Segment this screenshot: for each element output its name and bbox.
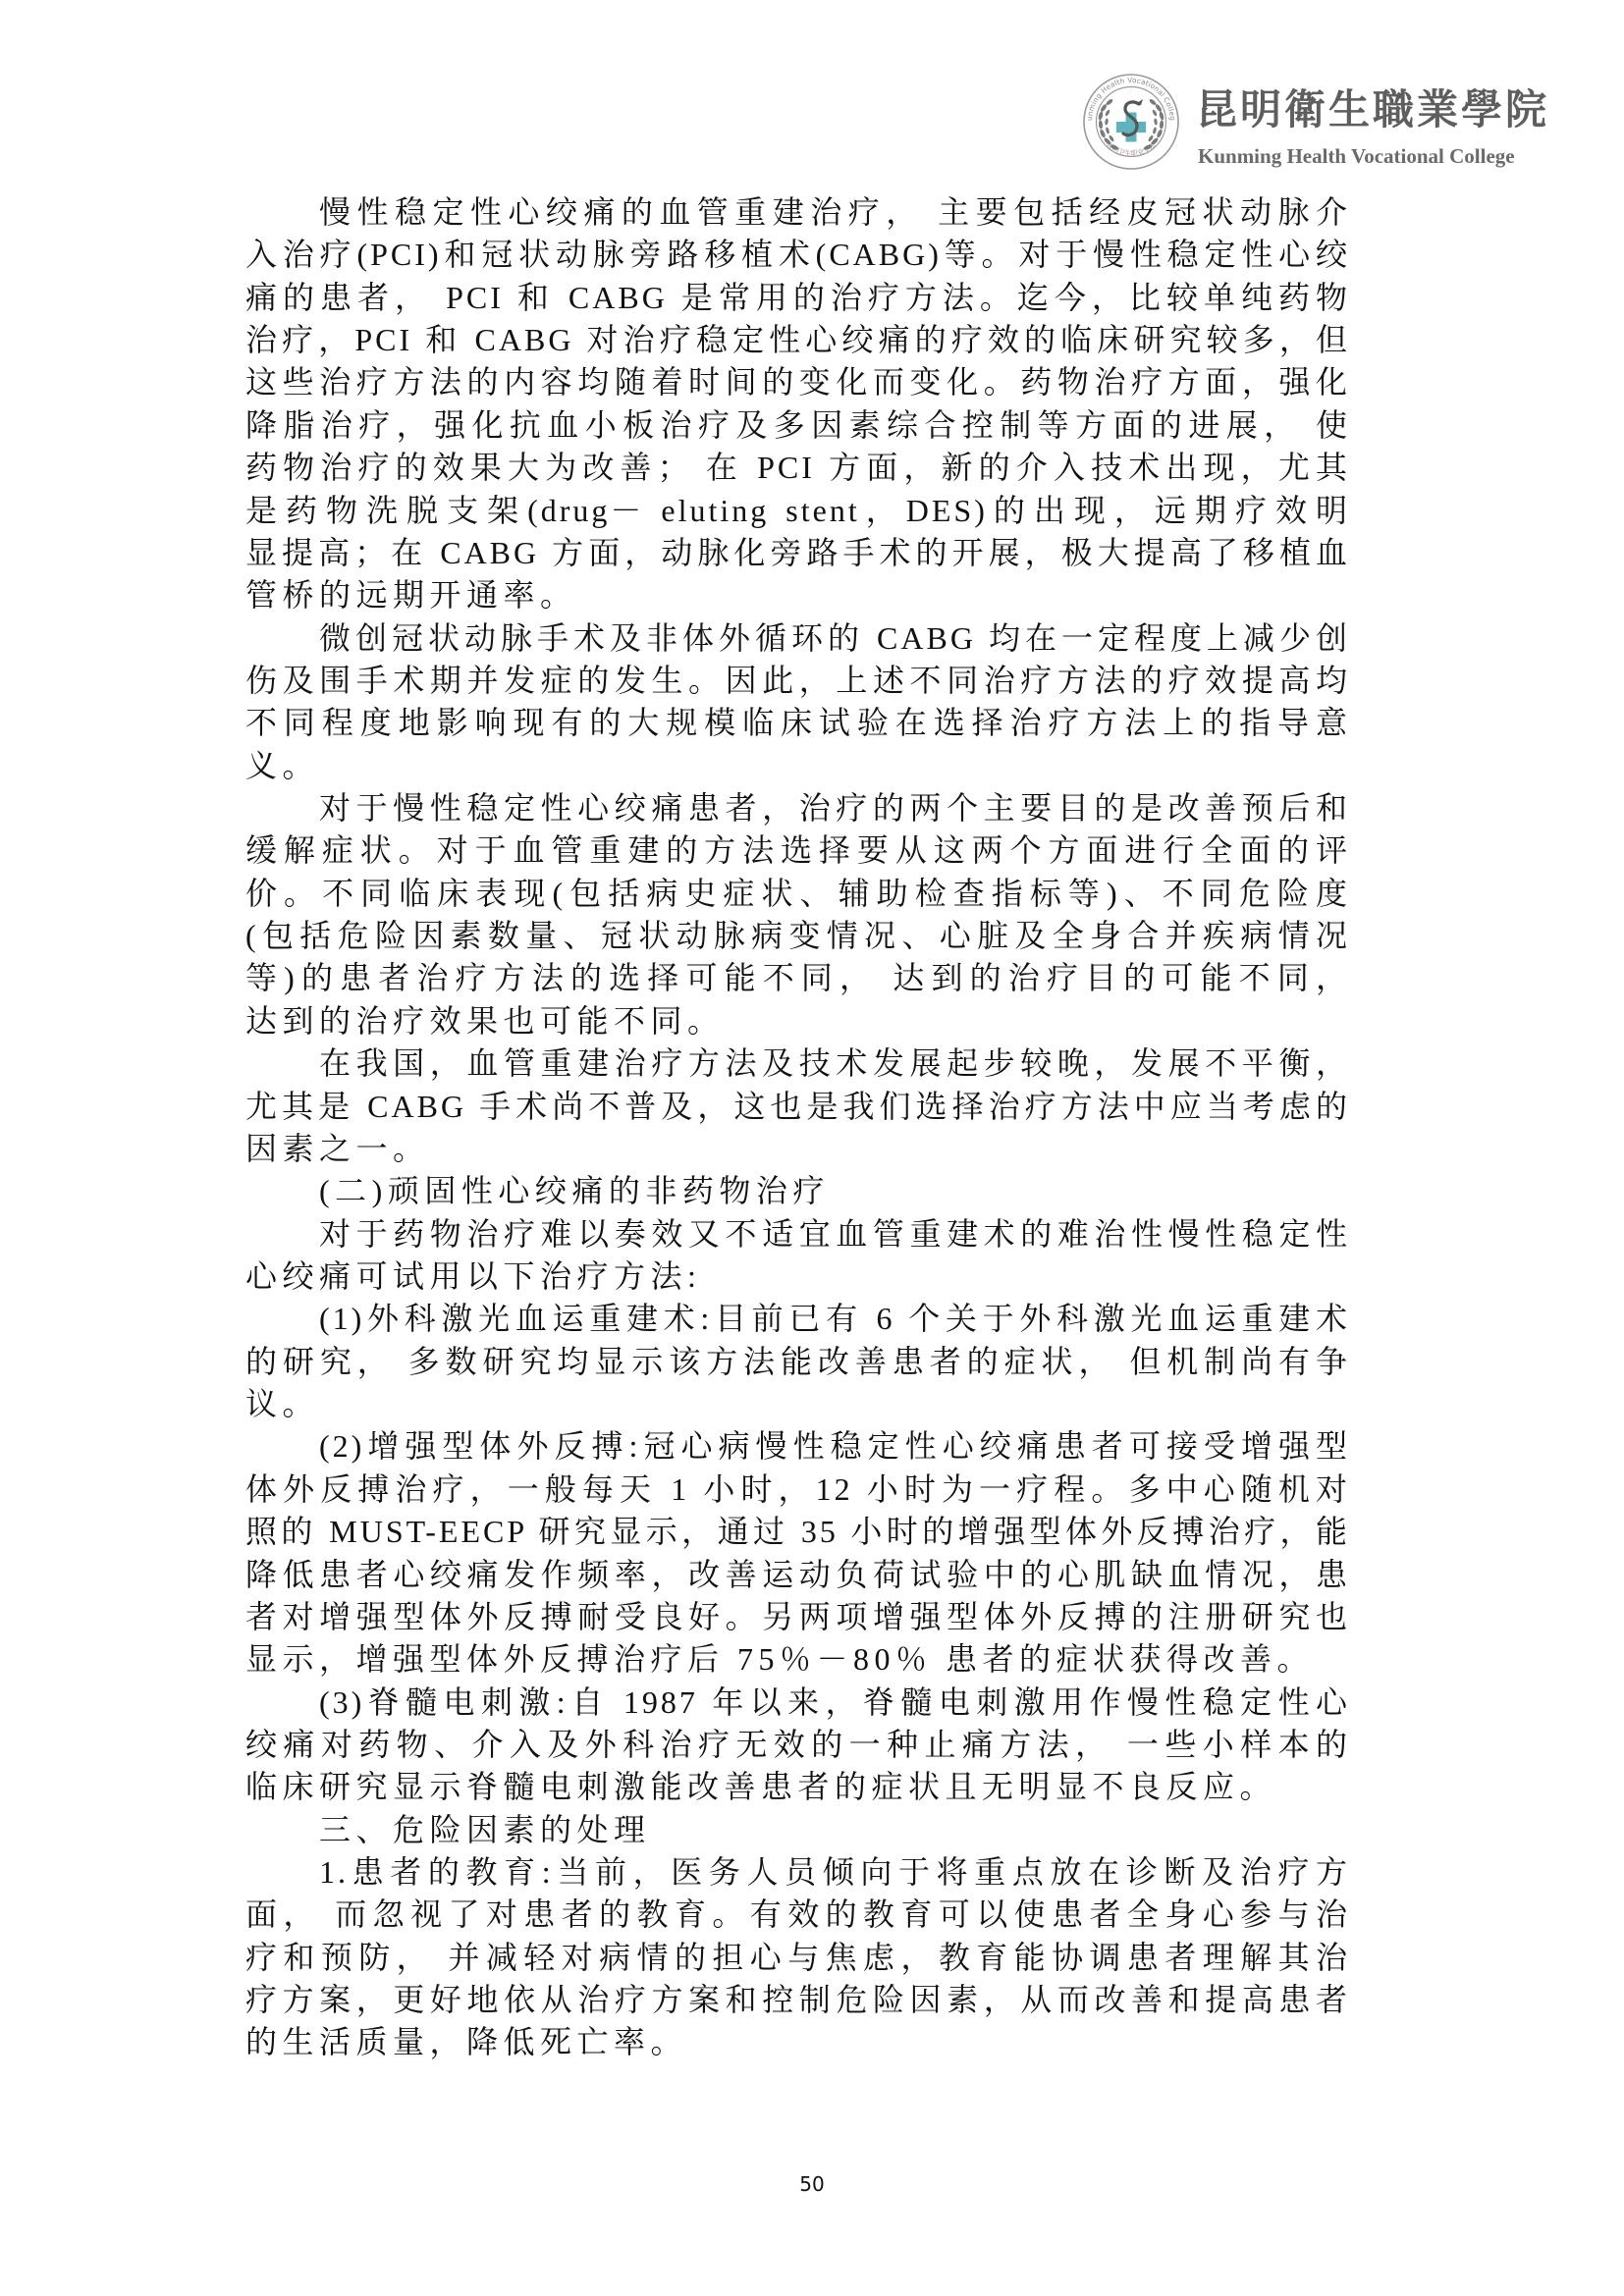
text-line: 降脂治疗，强化抗血小板治疗及多因素综合控制等方面的进展， 使 — [245, 404, 1350, 447]
text-line: 入治疗(PCI)和冠状动脉旁路移植术(CABG)等。对于慢性稳定性心绞 — [245, 234, 1350, 276]
college-name-en: Kunming Health Vocational College — [1198, 143, 1515, 169]
text-line: 缓解症状。对于血管重建的方法选择要从这两个方面进行全面的评 — [245, 829, 1350, 872]
text-line: 者对增强型体外反搏耐受良好。另两项增强型体外反搏的注册研究也 — [245, 1596, 1350, 1638]
text-line: 达到的治疗效果也可能不同。 — [245, 1000, 1350, 1042]
text-line: 显示，增强型体外反搏治疗后 75％－80％ 患者的症状获得改善。 — [245, 1638, 1350, 1681]
paragraph: (1)外科激光血运重建术:目前已有 6 个关于外科激光血运重建术 的研究， 多数… — [245, 1298, 1350, 1425]
section-heading-non-drug-therapy: (二)顽固性心绞痛的非药物治疗 — [245, 1170, 1350, 1212]
page-number: 50 — [0, 2169, 1624, 2199]
text-line: 对于慢性稳定性心绞痛患者，治疗的两个主要目的是改善预后和 — [245, 787, 1350, 829]
text-line: 管桥的远期开通率。 — [245, 574, 1350, 616]
text-line: 等)的患者治疗方法的选择可能不同， 达到的治疗目的可能不同， — [245, 957, 1350, 999]
text-line: 价。不同临床表现(包括病史症状、辅助检查指标等)、不同危险度 — [245, 873, 1350, 915]
text-line: 面， 而忽视了对患者的教育。有效的教育可以使患者全身心参与治 — [245, 1894, 1350, 1936]
paragraph: 微创冠状动脉手术及非体外循环的 CABG 均在一定程度上减少创 伤及围手术期并发… — [245, 617, 1350, 787]
paragraph: (2)增强型体外反搏:冠心病慢性稳定性心绞痛患者可接受增强型 体外反搏治疗，一般… — [245, 1425, 1350, 1681]
text-line: 体外反搏治疗，一般每天 1 小时，12 小时为一疗程。多中心随机对 — [245, 1468, 1350, 1511]
text-line: 显提高；在 CABG 方面，动脉化旁路手术的开展，极大提高了移植血 — [245, 532, 1350, 574]
text-line: 的生活质量，降低死亡率。 — [245, 2021, 1350, 2063]
text-line: 疗和预防， 并减轻对病情的担心与焦虑，教育能协调患者理解其治 — [245, 1937, 1350, 1979]
document-page: Kunming Health Vocational College 昆明卫生职业… — [0, 0, 1624, 2296]
text-line: 伤及围手术期并发症的发生。因此，上述不同治疗方法的疗效提高均 — [245, 660, 1350, 702]
paragraph: 在我国，血管重建治疗方法及技术发展起步较晚，发展不平衡， 尤其是 CABG 手术… — [245, 1042, 1350, 1170]
text-line: 临床研究显示脊髓电刺激能改善患者的症状且无明显不良反应。 — [245, 1766, 1350, 1808]
text-line: 这些治疗方法的内容均随着时间的变化而变化。药物治疗方面，强化 — [245, 361, 1350, 403]
paragraph: 对于慢性稳定性心绞痛患者，治疗的两个主要目的是改善预后和 缓解症状。对于血管重建… — [245, 787, 1350, 1042]
college-seal-icon: Kunming Health Vocational College 昆明卫生职业… — [1082, 73, 1180, 171]
document-body: 慢性稳定性心绞痛的血管重建治疗， 主要包括经皮冠状动脉介 入治疗(PCI)和冠状… — [245, 191, 1350, 2064]
text-line: 义。 — [245, 745, 1350, 787]
text-line: 因素之一。 — [245, 1128, 1350, 1170]
text-line: 痛的患者， PCI 和 CABG 是常用的治疗方法。迄今，比较单纯药物 — [245, 277, 1350, 319]
text-line: (3)脊髓电刺激:自 1987 年以来，脊髓电刺激用作慢性稳定性心 — [245, 1682, 1350, 1724]
section-heading-risk-factors: 三、危险因素的处理 — [245, 1809, 1350, 1851]
text-line: 微创冠状动脉手术及非体外循环的 CABG 均在一定程度上减少创 — [245, 617, 1350, 660]
text-line: 绞痛对药物、介入及外科治疗无效的一种止痛方法， 一些小样本的 — [245, 1724, 1350, 1766]
text-line: (包括危险因素数量、冠状动脉病变情况、心脏及全身合并疾病情况 — [245, 915, 1350, 957]
text-line: 议。 — [245, 1383, 1350, 1425]
text-line: 不同程度地影响现有的大规模临床试验在选择治疗方法上的指导意 — [245, 702, 1350, 744]
section-heading: (二)顽固性心绞痛的非药物治疗 — [245, 1170, 1350, 1212]
text-line: 照的 MUST-EECP 研究显示，通过 35 小时的增强型体外反搏治疗，能 — [245, 1511, 1350, 1553]
text-line: 是药物洗脱支架(drug－ eluting stent，DES)的出现，远期疗效… — [245, 490, 1350, 532]
text-line: 降低患者心绞痛发作频率，改善运动负荷试验中的心肌缺血情况，患 — [245, 1554, 1350, 1596]
text-line: 慢性稳定性心绞痛的血管重建治疗， 主要包括经皮冠状动脉介 — [245, 191, 1350, 234]
text-line: 对于药物治疗难以奏效又不适宜血管重建术的难治性慢性稳定性 — [245, 1213, 1350, 1255]
text-line: 药物治疗的效果大为改善； 在 PCI 方面，新的介入技术出现，尤其 — [245, 447, 1350, 489]
paragraph: 慢性稳定性心绞痛的血管重建治疗， 主要包括经皮冠状动脉介 入治疗(PCI)和冠状… — [245, 191, 1350, 617]
paragraph: 对于药物治疗难以奏效又不适宜血管重建术的难治性慢性稳定性 心绞痛可试用以下治疗方… — [245, 1213, 1350, 1299]
college-name-zh: 昆明衛生職業學院 — [1196, 84, 1549, 135]
section-heading: 三、危险因素的处理 — [245, 1809, 1350, 1851]
text-line: 心绞痛可试用以下治疗方法: — [245, 1255, 1350, 1298]
text-line: 疗方案，更好地依从治疗方案和控制危险因素，从而改善和提高患者 — [245, 1979, 1350, 2021]
text-line: (2)增强型体外反搏:冠心病慢性稳定性心绞痛患者可接受增强型 — [245, 1425, 1350, 1468]
paragraph: (3)脊髓电刺激:自 1987 年以来，脊髓电刺激用作慢性稳定性心 绞痛对药物、… — [245, 1682, 1350, 1809]
text-line: 在我国，血管重建治疗方法及技术发展起步较晚，发展不平衡， — [245, 1042, 1350, 1085]
text-line: (1)外科激光血运重建术:目前已有 6 个关于外科激光血运重建术 — [245, 1298, 1350, 1340]
text-line: 1.患者的教育:当前，医务人员倾向于将重点放在诊断及治疗方 — [245, 1851, 1350, 1894]
text-line: 尤其是 CABG 手术尚不普及，这也是我们选择治疗方法中应当考虑的 — [245, 1086, 1350, 1128]
text-line: 治疗，PCI 和 CABG 对治疗稳定性心绞痛的疗效的临床研究较多，但 — [245, 319, 1350, 361]
text-line: 的研究， 多数研究均显示该方法能改善患者的症状， 但机制尚有争 — [245, 1341, 1350, 1383]
paragraph: 1.患者的教育:当前，医务人员倾向于将重点放在诊断及治疗方 面， 而忽视了对患者… — [245, 1851, 1350, 2064]
